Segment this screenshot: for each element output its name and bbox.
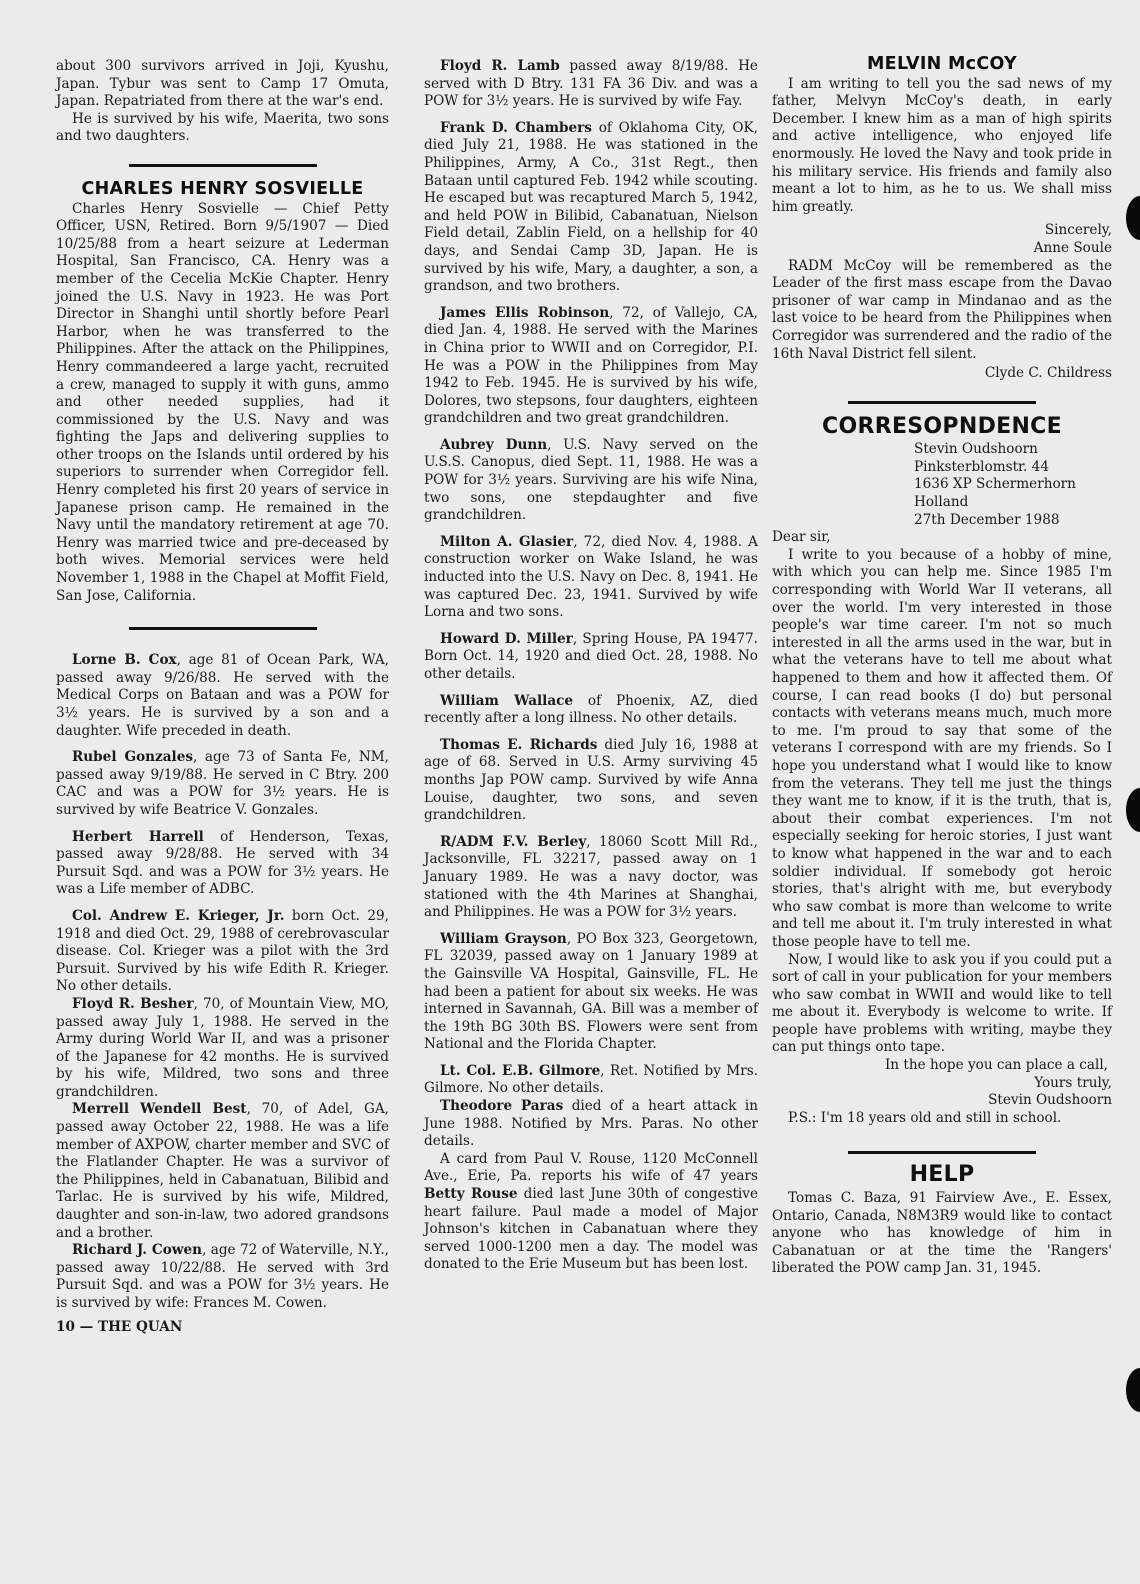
obituary-entry: Frank D. Chambers of Oklahoma City, OK, … [424,120,758,296]
letter-closing: In the hope you can place a call, [772,1057,1112,1075]
obituary-name: Howard D. Miller [440,631,573,647]
obituary-name: Herbert Harrell [72,829,204,845]
obituary-name: Floyd R. Lamb [440,58,560,74]
obituary-name: R/ADM F.V. Berley [440,834,586,850]
obituary-entry: Aubrey Dunn, U.S. Navy served on the U.S… [424,437,758,525]
obituary-entry: Rubel Gonzales, age 73 of Santa Fe, NM, … [56,749,389,819]
continued-paragraph: He is survived by his wife, Maerita, two… [56,111,389,146]
obituary-name: Lt. Col. E.B. Gilmore [440,1063,600,1079]
obituary-text: of Oklahoma City, OK, died July 21, 1988… [424,120,758,294]
obituary-entry: R/ADM F.V. Berley, 18060 Scott Mill Rd.,… [424,834,758,922]
obituary-entry: Theodore Paras died of a heart attack in… [424,1098,758,1151]
section-heading-sosvielle: CHARLES HENRY SOSVIELLE [56,181,389,199]
address-line: Stevin Oudshoorn [772,441,1112,459]
obituary-name: Aubrey Dunn [440,437,547,453]
address-line: 1636 XP Schermerhorn [772,476,1112,494]
punch-hole-mark [1126,788,1140,832]
obituary-name: Theodore Paras [440,1098,563,1114]
obituary-text: , 70, of Adel, GA, passed away October 2… [56,1101,389,1240]
obituary-name: William Wallace [440,693,573,709]
letter-signature: Anne Soule [772,240,1112,258]
obituary-entry: James Ellis Robinson, 72, of Vallejo, CA… [424,305,758,428]
obituary-name: Thomas E. Richards [440,737,597,753]
letter-paragraph: Now, I would like to ask you if you coul… [772,952,1112,1058]
column-2: Floyd R. Lamb passed away 8/19/88. He se… [424,58,758,1274]
mccoy-tribute: RADM McCoy will be remembered as the Lea… [772,258,1112,364]
obituary-text: A card from Paul V. Rouse, 1120 McConnel… [424,1151,758,1185]
obituary-entry: Lorne B. Cox, age 81 of Ocean Park, WA, … [56,652,389,740]
obituary-name: James Ellis Robinson [440,305,609,321]
letter-signature: Stevin Oudshoorn [772,1092,1112,1110]
obituary-entry: Thomas E. Richards died July 16, 1988 at… [424,737,758,825]
column-3: MELVIN McCOY I am writing to tell you th… [772,58,1112,1278]
obituary-entry: Howard D. Miller, Spring House, PA 19477… [424,631,758,684]
address-line: Pinksterblomstr. 44 [772,459,1112,477]
obituary-name: Col. Andrew E. Krieger, Jr. [72,908,285,924]
obituary-name: Lorne B. Cox [72,652,177,668]
obituary-entry: Merrell Wendell Best, 70, of Adel, GA, p… [56,1101,389,1242]
tribute-author: Clyde C. Childress [772,365,1112,383]
address-line: Holland [772,494,1112,512]
section-divider [848,401,1036,404]
mccoy-letter: I am writing to tell you the sad news of… [772,76,1112,217]
salutation: Dear sir, [772,529,1112,547]
obituary-name: Richard J. Cowen [72,1242,202,1258]
obituary-text: , 72, of Vallejo, CA, died Jan. 4, 1988.… [424,305,758,427]
letter-closing: Yours truly, [772,1075,1112,1093]
obituary-entry: Floyd R. Lamb passed away 8/19/88. He se… [424,58,758,111]
section-heading-correspondence: CORRESOPNDENCE [772,418,1112,436]
obituary-sosvielle: Charles Henry Sosvielle — Chief Petty Of… [56,201,389,606]
obituary-name: Floyd R. Besher [72,996,194,1012]
obituary-entry: Col. Andrew E. Krieger, Jr. born Oct. 29… [56,908,389,996]
letter-date: 27th December 1988 [772,512,1112,530]
punch-hole-mark [1126,196,1140,240]
punch-hole-mark [1126,1368,1140,1412]
obituary-name: Milton A. Glasier [440,534,573,550]
obituary-name: Betty Rouse [424,1186,518,1202]
section-divider [129,627,317,630]
section-divider [848,1151,1036,1154]
obituary-entry: Richard J. Cowen, age 72 of Waterville, … [56,1242,389,1312]
obituary-entry: Milton A. Glasier, 72, died Nov. 4, 1988… [424,534,758,622]
obituary-entry-rouse: A card from Paul V. Rouse, 1120 McConnel… [424,1151,758,1274]
section-heading-mccoy: MELVIN McCOY [772,56,1112,74]
letter-closing: Sincerely, [772,222,1112,240]
section-divider [129,164,317,167]
section-heading-help: HELP [772,1166,1112,1184]
obituary-entry: Lt. Col. E.B. Gilmore, Ret. Notified by … [424,1063,758,1098]
obituary-name: William Grayson [440,931,567,947]
obituary-name: Merrell Wendell Best [72,1101,247,1117]
column-1: about 300 survivors arrived in Joji, Kyu… [56,58,389,1336]
help-notice: Tomas C. Baza, 91 Fairview Ave., E. Esse… [772,1190,1112,1278]
obituary-name: Frank D. Chambers [440,120,592,136]
obituary-name: Rubel Gonzales [72,749,193,765]
obituary-entry: William Grayson, PO Box 323, Georgetown,… [424,931,758,1054]
obituary-entry: Herbert Harrell of Henderson, Texas, pas… [56,829,389,899]
page-footer: 10 — THE QUAN [56,1319,389,1337]
continued-paragraph: about 300 survivors arrived in Joji, Kyu… [56,58,389,111]
obituary-entry: Floyd R. Besher, 70, of Mountain View, M… [56,996,389,1102]
postscript: P.S.: I'm 18 years old and still in scho… [772,1110,1112,1128]
obituary-text: , PO Box 323, Georgetown, FL 32039, pass… [424,931,758,1053]
letter-paragraph: I write to you because of a hobby of min… [772,547,1112,952]
obituary-entry: William Wallace of Phoenix, AZ, died rec… [424,693,758,728]
